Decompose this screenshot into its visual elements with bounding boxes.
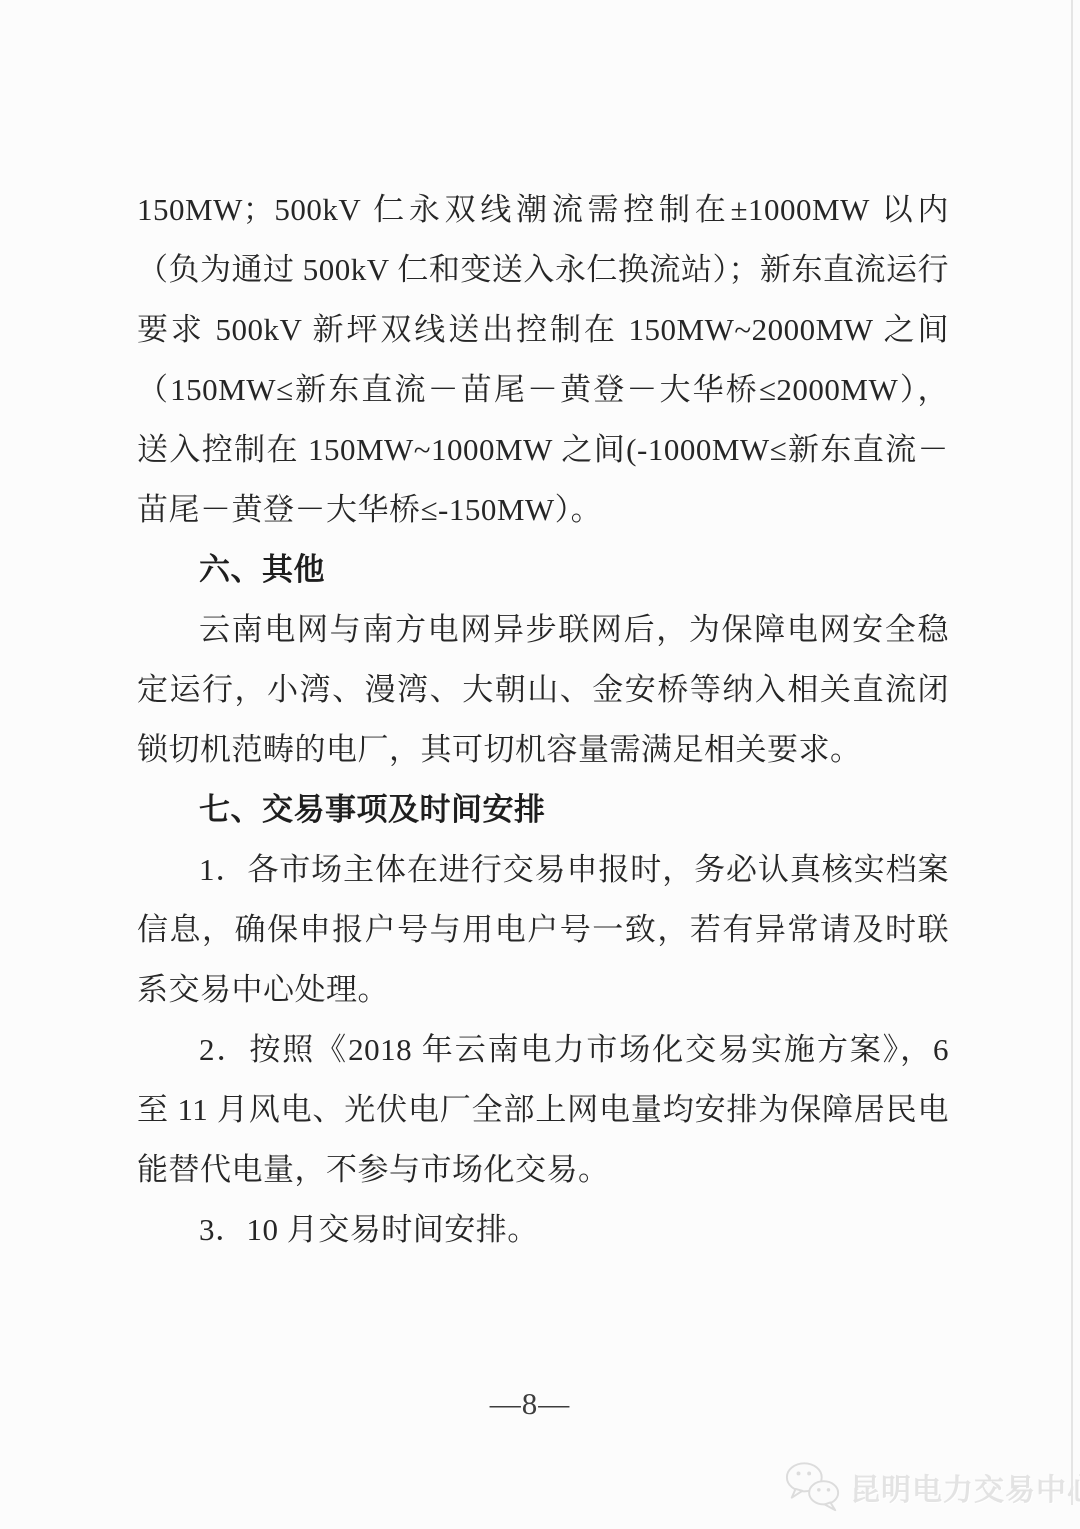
- watermark-logo: 昆明电力交易中心: [784, 1460, 1080, 1514]
- page-number: —8—: [0, 1384, 1060, 1424]
- section-6-paragraph: 云南电网与南方电网异步联网后，为保障电网安全稳定运行，小湾、漫湾、大朝山、金安桥…: [137, 600, 949, 780]
- watermark-label: 昆明电力交易中心: [850, 1465, 1080, 1509]
- document-body: 150MW；500kV 仁永双线潮流需控制在±1000MW 以内（负为通过 50…: [137, 180, 949, 1260]
- chat-bubbles-icon: [784, 1460, 842, 1514]
- section-7-item-1: 1．各市场主体在进行交易申报时，务必认真核实档案信息，确保申报户号与用电户号一致…: [137, 840, 949, 1020]
- section-7-item-2: 2．按照《2018 年云南电力市场化交易实施方案》，6 至 11 月风电、光伏电…: [137, 1020, 949, 1200]
- right-edge-line: [1071, 0, 1073, 1505]
- section-7-heading: 七、交易事项及时间安排: [137, 780, 949, 840]
- paragraph-transmission-limits: 150MW；500kV 仁永双线潮流需控制在±1000MW 以内（负为通过 50…: [137, 180, 949, 540]
- section-6-heading: 六、其他: [137, 540, 949, 600]
- section-7-item-3: 3．10 月交易时间安排。: [137, 1200, 949, 1260]
